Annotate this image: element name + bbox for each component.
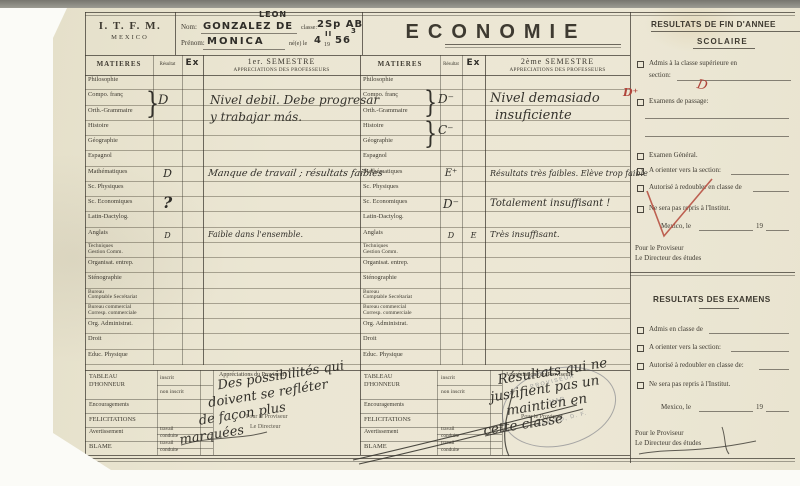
table-row: Sténographie — [360, 273, 630, 288]
subject-label: Philosophie — [363, 77, 440, 84]
exam-grade-cell — [462, 167, 485, 181]
fill-line — [699, 230, 753, 231]
exam-grade-cell — [182, 151, 203, 165]
appreciation-cell — [485, 243, 630, 257]
table-row: Géographie — [85, 136, 360, 151]
subject-cell: Sténographie — [360, 273, 440, 287]
rule-line — [85, 55, 630, 56]
rule-line — [693, 48, 755, 49]
subject-label: Anglais — [88, 230, 153, 237]
red-annotation-grade: D⁺ — [623, 86, 638, 99]
subject-cell: Educ. Physique — [360, 350, 440, 364]
subject-cell: Mathématiques — [360, 167, 440, 181]
encouragements-label: Encouragements — [364, 402, 404, 408]
table-row: Philosophie — [85, 75, 360, 90]
admis-classe-label: Admis en classe de — [649, 325, 703, 333]
sem2-compo-note-line1: Nivel demasiado — [490, 91, 600, 106]
exam-grade-cell — [182, 289, 203, 303]
appreciation-cell — [203, 182, 360, 196]
appreciation-cell: Manque de travail ; résultats faibles — [202, 167, 361, 181]
result-grade-cell — [153, 350, 182, 364]
subject-label: Educ. Physique — [88, 352, 153, 359]
result-grade-cell: D — [153, 228, 182, 242]
travail-label: travail — [160, 440, 174, 446]
subject-cell: Droit — [85, 334, 153, 348]
exam-grade-cell — [182, 228, 203, 242]
exam-grade-cell — [182, 106, 203, 120]
table-row: MathématiquesE⁺Résultats très faibles. E… — [360, 167, 630, 182]
result-grade-cell — [440, 334, 462, 348]
appreciation-cell — [485, 212, 630, 226]
result-grade-cell — [153, 151, 182, 165]
subject-cell: Géographie — [85, 136, 153, 150]
rule-line — [85, 75, 630, 76]
result-grade-cell — [153, 304, 182, 318]
directeur-etudes-label: Le Directeur des études — [635, 254, 701, 262]
conduite-label: conduite — [160, 447, 178, 453]
exam-grade-cell — [182, 197, 203, 211]
inscrit-label: inscrit — [160, 375, 174, 381]
blame-label: BLAME — [364, 443, 387, 450]
inscrit-label: inscrit — [441, 375, 455, 381]
subject-cell: Espagnol — [85, 151, 153, 165]
table-row: Espagnol — [85, 151, 360, 166]
table-row: Latin-Dactylog. — [85, 212, 360, 227]
appreciation-cell: Résultats très faibles. Elève trop faibl… — [485, 167, 630, 181]
appreciation-cell — [485, 182, 630, 196]
school-city: MEXICO — [85, 34, 175, 41]
mexico-date-label: Mexico, le — [661, 403, 691, 411]
exam-grade-cell — [182, 304, 203, 318]
document-scan: I. T. F. M. MEXICO Nom: GONZALEZ DE LEON… — [53, 8, 800, 470]
result-grade-cell — [153, 334, 182, 348]
page-title: ECONOMIE — [362, 21, 630, 44]
subject-label: Géographie — [88, 138, 153, 145]
rule-line — [175, 12, 176, 55]
rule-line — [630, 272, 795, 273]
subject-label: Espagnol — [88, 153, 153, 160]
exam-grade-cell — [182, 182, 203, 196]
subject-label: Sc. Economiques — [88, 199, 153, 206]
fill-line — [753, 191, 789, 192]
sem1-title: 1er. SEMESTRE — [203, 57, 360, 66]
subject-cell: Bureau commercialCorresp. commerciale — [85, 304, 153, 318]
fill-line — [731, 174, 789, 175]
subject-cell: Organisat. entrep. — [360, 258, 440, 272]
subject-label: Mathématiques — [88, 169, 153, 176]
rule-line — [485, 55, 486, 365]
result-grade-cell — [440, 273, 462, 287]
proviseur-note-sem1: Des possibilités qui doivent se refléter… — [167, 358, 353, 449]
orienter-section-label: A orienter vers la section: — [649, 343, 721, 351]
result-grade-cell — [440, 319, 462, 333]
subject-cell: Org. Administrat. — [85, 319, 153, 333]
exam-grade-cell — [462, 121, 485, 135]
fill-line — [645, 136, 789, 137]
fill-line — [766, 411, 789, 412]
subject-cell: Org. Administrat. — [360, 319, 440, 333]
subject-cell: Organisat. entrep. — [85, 258, 153, 272]
rule-line — [630, 12, 631, 463]
result-grade-cell — [153, 273, 182, 287]
table-row: Espagnol — [360, 151, 630, 166]
exam-grade-cell — [462, 75, 485, 89]
fin-annee-subtitle: SCOLAIRE — [697, 37, 748, 46]
rule-line — [85, 12, 795, 13]
subject-label: Comptable Secrétariat — [363, 295, 440, 301]
table-row: Organisat. entrep. — [360, 258, 630, 273]
rule-line — [360, 441, 502, 442]
subject-cell: Educ. Physique — [85, 350, 153, 364]
avertissement-label: Avertissement — [364, 429, 398, 435]
tableau-line1: TABLEAU — [364, 373, 400, 381]
subject-cell: Latin-Dactylog. — [360, 212, 440, 226]
fill-line — [699, 411, 753, 412]
rule-line — [85, 12, 86, 463]
result-grade-cell — [153, 243, 182, 257]
appreciation-cell — [203, 136, 360, 150]
fill-line — [677, 80, 791, 81]
subject-label: Gestion Comm. — [363, 250, 440, 256]
result-grade-cell — [440, 136, 462, 150]
tableau-line2: D'HONNEUR — [89, 381, 125, 389]
rule-line — [360, 55, 361, 455]
fill-line — [201, 33, 297, 34]
exam-grade-cell — [182, 319, 203, 333]
subject-label: Sténographie — [363, 275, 440, 282]
exam-grade-cell — [182, 350, 203, 364]
result-grade-cell — [440, 151, 462, 165]
table-row: BureauComptable Secrétariat — [85, 289, 360, 304]
subject-cell: Anglais — [360, 228, 440, 242]
result-grade-cell — [440, 350, 462, 364]
year-printed: 19 — [756, 403, 763, 411]
ne-sera-pas-repris-label: Ne sera pas repris à l'Institut. — [649, 204, 730, 212]
exam-grade-cell: E — [462, 228, 485, 242]
table-row: Histoire — [360, 121, 630, 136]
result-grade-cell: E⁺ — [440, 167, 462, 181]
blame-label: BLAME — [89, 443, 112, 450]
table-row: Bureau commercialCorresp. commerciale — [85, 304, 360, 319]
rule-line — [85, 461, 795, 462]
appreciation-cell — [485, 289, 630, 303]
tableau-honneur-label: TABLEAU D'HONNEUR — [364, 373, 400, 388]
subject-cell: TechniquesGestion Comm. — [360, 243, 440, 257]
subject-cell: Sc. Economiques — [360, 197, 440, 211]
subject-cell: Anglais — [85, 228, 153, 242]
rule-line — [699, 308, 739, 309]
result-grade-cell — [440, 212, 462, 226]
table-row: Latin-Dactylog. — [360, 212, 630, 227]
appreciation-cell — [203, 151, 360, 165]
fill-line — [766, 230, 789, 231]
subject-label: Mathématiques — [363, 169, 440, 176]
result-grade-cell — [153, 212, 182, 226]
subject-label: Org. Administrat. — [88, 321, 153, 328]
exam-grade-cell — [462, 334, 485, 348]
red-annotation-grade: D — [696, 77, 709, 94]
subject-label: Espagnol — [363, 153, 440, 160]
birth-month-value: II — [325, 30, 332, 38]
table-row: Géographie — [360, 136, 630, 151]
name-label: Nom: — [181, 23, 197, 31]
checkbox-icon — [637, 327, 644, 334]
column-header-ex: Ex — [462, 58, 485, 68]
exam-grade-cell — [462, 90, 485, 104]
appreciation-cell: Faible dans l'ensemble. — [203, 228, 360, 242]
appreciation-cell: Très insuffisant. — [485, 228, 630, 242]
appreciation-cell — [203, 75, 360, 89]
result-grade-cell: ? — [153, 197, 182, 211]
subject-label: Sc. Physiques — [88, 184, 153, 191]
redoubler-label: Autorisé à redoubler en classe de — [649, 183, 742, 191]
table-row: Bureau commercialCorresp. commerciale — [360, 304, 630, 319]
school-name: I. T. F. M. — [85, 20, 175, 32]
exam-grade-cell — [462, 136, 485, 150]
travail-label: travail — [160, 426, 174, 432]
examen-general-label: Examen Général. — [649, 151, 698, 159]
felicitations-label: FELICITATIONS — [89, 416, 136, 423]
subject-cell: Espagnol — [360, 151, 440, 165]
travail-label: travail — [441, 440, 455, 446]
result-grade-cell — [440, 304, 462, 318]
result-grade-cell: D — [440, 228, 462, 242]
subject-label: Droit — [88, 336, 153, 343]
fill-line — [203, 49, 285, 50]
pour-proviseur-label: Pour le Proviseur — [635, 244, 684, 252]
sem2-subtitle: APPRECIATIONS DES PROFESSEURS — [485, 67, 630, 73]
subject-label: Droit — [363, 336, 440, 343]
sem1-compo-grade: D — [158, 93, 168, 108]
signature-stroke — [722, 427, 729, 454]
appreciation-cell — [485, 304, 630, 318]
result-grade-cell — [440, 106, 462, 120]
grade-brace: } — [424, 119, 437, 149]
exam-grade-cell — [462, 182, 485, 196]
orienter-section-label: A orienter vers la section: — [649, 166, 721, 174]
table-row: BureauComptable Secrétariat — [360, 289, 630, 304]
subject-cell: Sc. Physiques — [360, 182, 440, 196]
column-header-matieres: MATIERES — [360, 60, 440, 68]
subject-label: Orth.-Grammaire — [88, 108, 153, 115]
exam-grade-cell — [182, 243, 203, 257]
subject-cell: BureauComptable Secrétariat — [360, 289, 440, 303]
fill-line — [731, 351, 789, 352]
rule-line — [85, 458, 795, 459]
checkbox-icon — [637, 206, 644, 213]
fin-annee-title: RESULTATS DE FIN D'ANNEE — [651, 20, 776, 29]
fill-line — [645, 118, 789, 119]
table-row: Sc. EconomiquesD⁻Totalement insuffisant … — [360, 197, 630, 212]
scanner-edge — [0, 0, 800, 8]
exam-grade-cell — [182, 136, 203, 150]
sem1-subtitle: APPRECIATIONS DES PROFESSEURS — [203, 67, 360, 73]
exam-grade-cell — [462, 106, 485, 120]
exam-grade-cell — [182, 258, 203, 272]
subject-label: Organisat. entrep. — [363, 260, 440, 267]
subject-cell: Latin-Dactylog. — [85, 212, 153, 226]
rule-line — [462, 55, 463, 365]
appreciation-cell — [485, 136, 630, 150]
column-header-resultat: Résultat — [153, 62, 182, 67]
subject-label: Sc. Physiques — [363, 184, 440, 191]
exam-grade-cell — [182, 90, 203, 104]
exam-grade-cell — [182, 273, 203, 287]
subject-cell: Sténographie — [85, 273, 153, 287]
birth-day-value: 4 — [314, 35, 322, 46]
travail-label: travail — [441, 426, 455, 432]
result-grade-cell — [153, 319, 182, 333]
table-row: Philosophie — [360, 75, 630, 90]
exam-grade-cell — [462, 243, 485, 257]
exam-grade-cell — [182, 167, 203, 181]
exam-grade-cell — [182, 121, 203, 135]
subject-label: Org. Administrat. — [363, 321, 440, 328]
table-row: Sc. Physiques — [85, 182, 360, 197]
subject-label: Educ. Physique — [363, 352, 440, 359]
sem2-compo-note-line2: insuficiente — [495, 108, 572, 123]
subject-cell: Mathématiques — [85, 167, 153, 181]
table-row: Org. Administrat. — [360, 319, 630, 334]
encouragements-label: Encouragements — [89, 402, 129, 408]
checkbox-icon — [637, 382, 644, 389]
exam-grade-cell — [182, 334, 203, 348]
year-printed: 19 — [756, 222, 763, 230]
exam-grade-cell — [462, 319, 485, 333]
examens-passage-label: Examens de passage: — [649, 97, 708, 105]
checkbox-icon — [637, 185, 644, 192]
checkbox-icon — [637, 363, 644, 370]
exam-grade-cell — [462, 258, 485, 272]
appreciation-cell — [203, 334, 360, 348]
class-sub-value: 3 — [351, 27, 357, 35]
appreciation-cell — [203, 289, 360, 303]
checkbox-icon — [637, 345, 644, 352]
table-row: Sc. Physiques — [360, 182, 630, 197]
rule-line — [182, 55, 183, 365]
avertissement-label: Avertissement — [89, 429, 123, 435]
subject-cell: Philosophie — [85, 75, 153, 89]
appreciation-cell — [203, 273, 360, 287]
subject-cell: Droit — [360, 334, 440, 348]
exam-grade-cell — [182, 212, 203, 226]
table-row: Droit — [85, 334, 360, 349]
subject-cell: Histoire — [85, 121, 153, 135]
result-grade-cell — [440, 289, 462, 303]
sem2-title: 2ème SEMESTRE — [485, 57, 630, 66]
grade-brace: } — [424, 88, 437, 118]
table-row: TechniquesGestion Comm. — [85, 243, 360, 258]
column-header-resultat: Résultat — [440, 62, 462, 67]
rule-line — [85, 15, 795, 16]
examens-title: RESULTATS DES EXAMENS — [653, 295, 771, 304]
name-super-value: LEON — [259, 10, 287, 19]
admis-superieure-section-label: section: — [649, 71, 671, 79]
subject-cell: TechniquesGestion Comm. — [85, 243, 153, 257]
checkbox-icon — [637, 168, 644, 175]
appreciation-cell: Totalement insuffisant ! — [485, 197, 630, 211]
class-label: classe: — [301, 25, 317, 31]
exam-grade-cell — [182, 75, 203, 89]
appreciation-cell — [485, 273, 630, 287]
rule-line — [85, 455, 630, 456]
birthdate-label: né(e) le — [289, 41, 307, 47]
result-grade-cell — [440, 243, 462, 257]
table-row: TechniquesGestion Comm. — [360, 243, 630, 258]
appreciation-cell — [203, 212, 360, 226]
birth-century-printed: 19 — [324, 42, 330, 48]
exam-grade-cell — [462, 197, 485, 211]
subject-cell: Orth.-Grammaire — [85, 106, 153, 120]
table-row: Droit — [360, 334, 630, 349]
subject-label: Anglais — [363, 230, 440, 237]
firstname-value: MONICA — [207, 36, 265, 47]
subject-cell: Bureau commercialCorresp. commerciale — [360, 304, 440, 318]
subject-label: Corresp. commerciale — [363, 311, 440, 317]
appreciation-cell — [485, 319, 630, 333]
fill-line — [759, 369, 789, 370]
admis-superieure-label: Admis à la classe supérieure en — [649, 59, 737, 67]
subject-label: Sténographie — [88, 275, 153, 282]
table-row: Organisat. entrep. — [85, 258, 360, 273]
table-row: MathématiquesDManque de travail ; résult… — [85, 167, 360, 182]
table-row: AnglaisDFaible dans l'ensemble. — [85, 228, 360, 243]
appreciation-cell — [203, 258, 360, 272]
appreciation-cell — [485, 151, 630, 165]
subject-label: Gestion Comm. — [88, 250, 153, 256]
result-grade-cell — [153, 121, 182, 135]
checkbox-icon — [637, 99, 644, 106]
rule-line — [445, 44, 621, 45]
ne-sera-pas-repris-label: Ne sera pas repris à l'Institut. — [649, 380, 730, 388]
subject-cell: Sc. Economiques — [85, 197, 153, 211]
exam-grade-cell — [462, 289, 485, 303]
table-row: Org. Administrat. — [85, 319, 360, 334]
subject-cell: Sc. Physiques — [85, 182, 153, 196]
appreciation-cell — [203, 197, 360, 211]
tableau-honneur-label: TABLEAU D'HONNEUR — [89, 373, 125, 388]
non-inscrit-label: non inscrit — [441, 389, 465, 395]
rule-line — [651, 31, 800, 32]
sem1-compo-note-line1: Nivel debil. Debe progresar — [210, 93, 379, 107]
sem2-compo-grade: D⁻ — [438, 92, 454, 106]
redoubler-label: Autorisé à redoubler en classe de: — [649, 361, 744, 369]
fill-line — [709, 333, 789, 334]
result-grade-cell — [440, 258, 462, 272]
appreciation-cell — [485, 75, 630, 89]
checkbox-icon — [637, 153, 644, 160]
table-row: Sténographie — [85, 273, 360, 288]
sem2-histoire-geo-grade: C⁻ — [438, 123, 454, 137]
result-grade-cell: D⁻ — [440, 197, 462, 211]
appreciation-cell — [485, 334, 630, 348]
appreciation-cell — [485, 258, 630, 272]
result-grade-cell — [153, 289, 182, 303]
birth-year-value: 56 — [335, 35, 351, 46]
exam-grade-cell — [462, 273, 485, 287]
exam-grade-cell — [462, 350, 485, 364]
checkbox-icon — [637, 61, 644, 68]
exam-grade-cell — [462, 304, 485, 318]
column-header-ex: Ex — [182, 58, 203, 68]
subject-label: Comptable Secrétariat — [88, 295, 153, 301]
result-grade-cell — [153, 258, 182, 272]
conduite-label: conduite — [441, 433, 459, 439]
tableau-line1: TABLEAU — [89, 373, 125, 381]
felicitations-label: FELICITATIONS — [364, 416, 411, 423]
result-grade-cell — [440, 182, 462, 196]
mexico-date-label: Mexico, le — [661, 222, 691, 230]
